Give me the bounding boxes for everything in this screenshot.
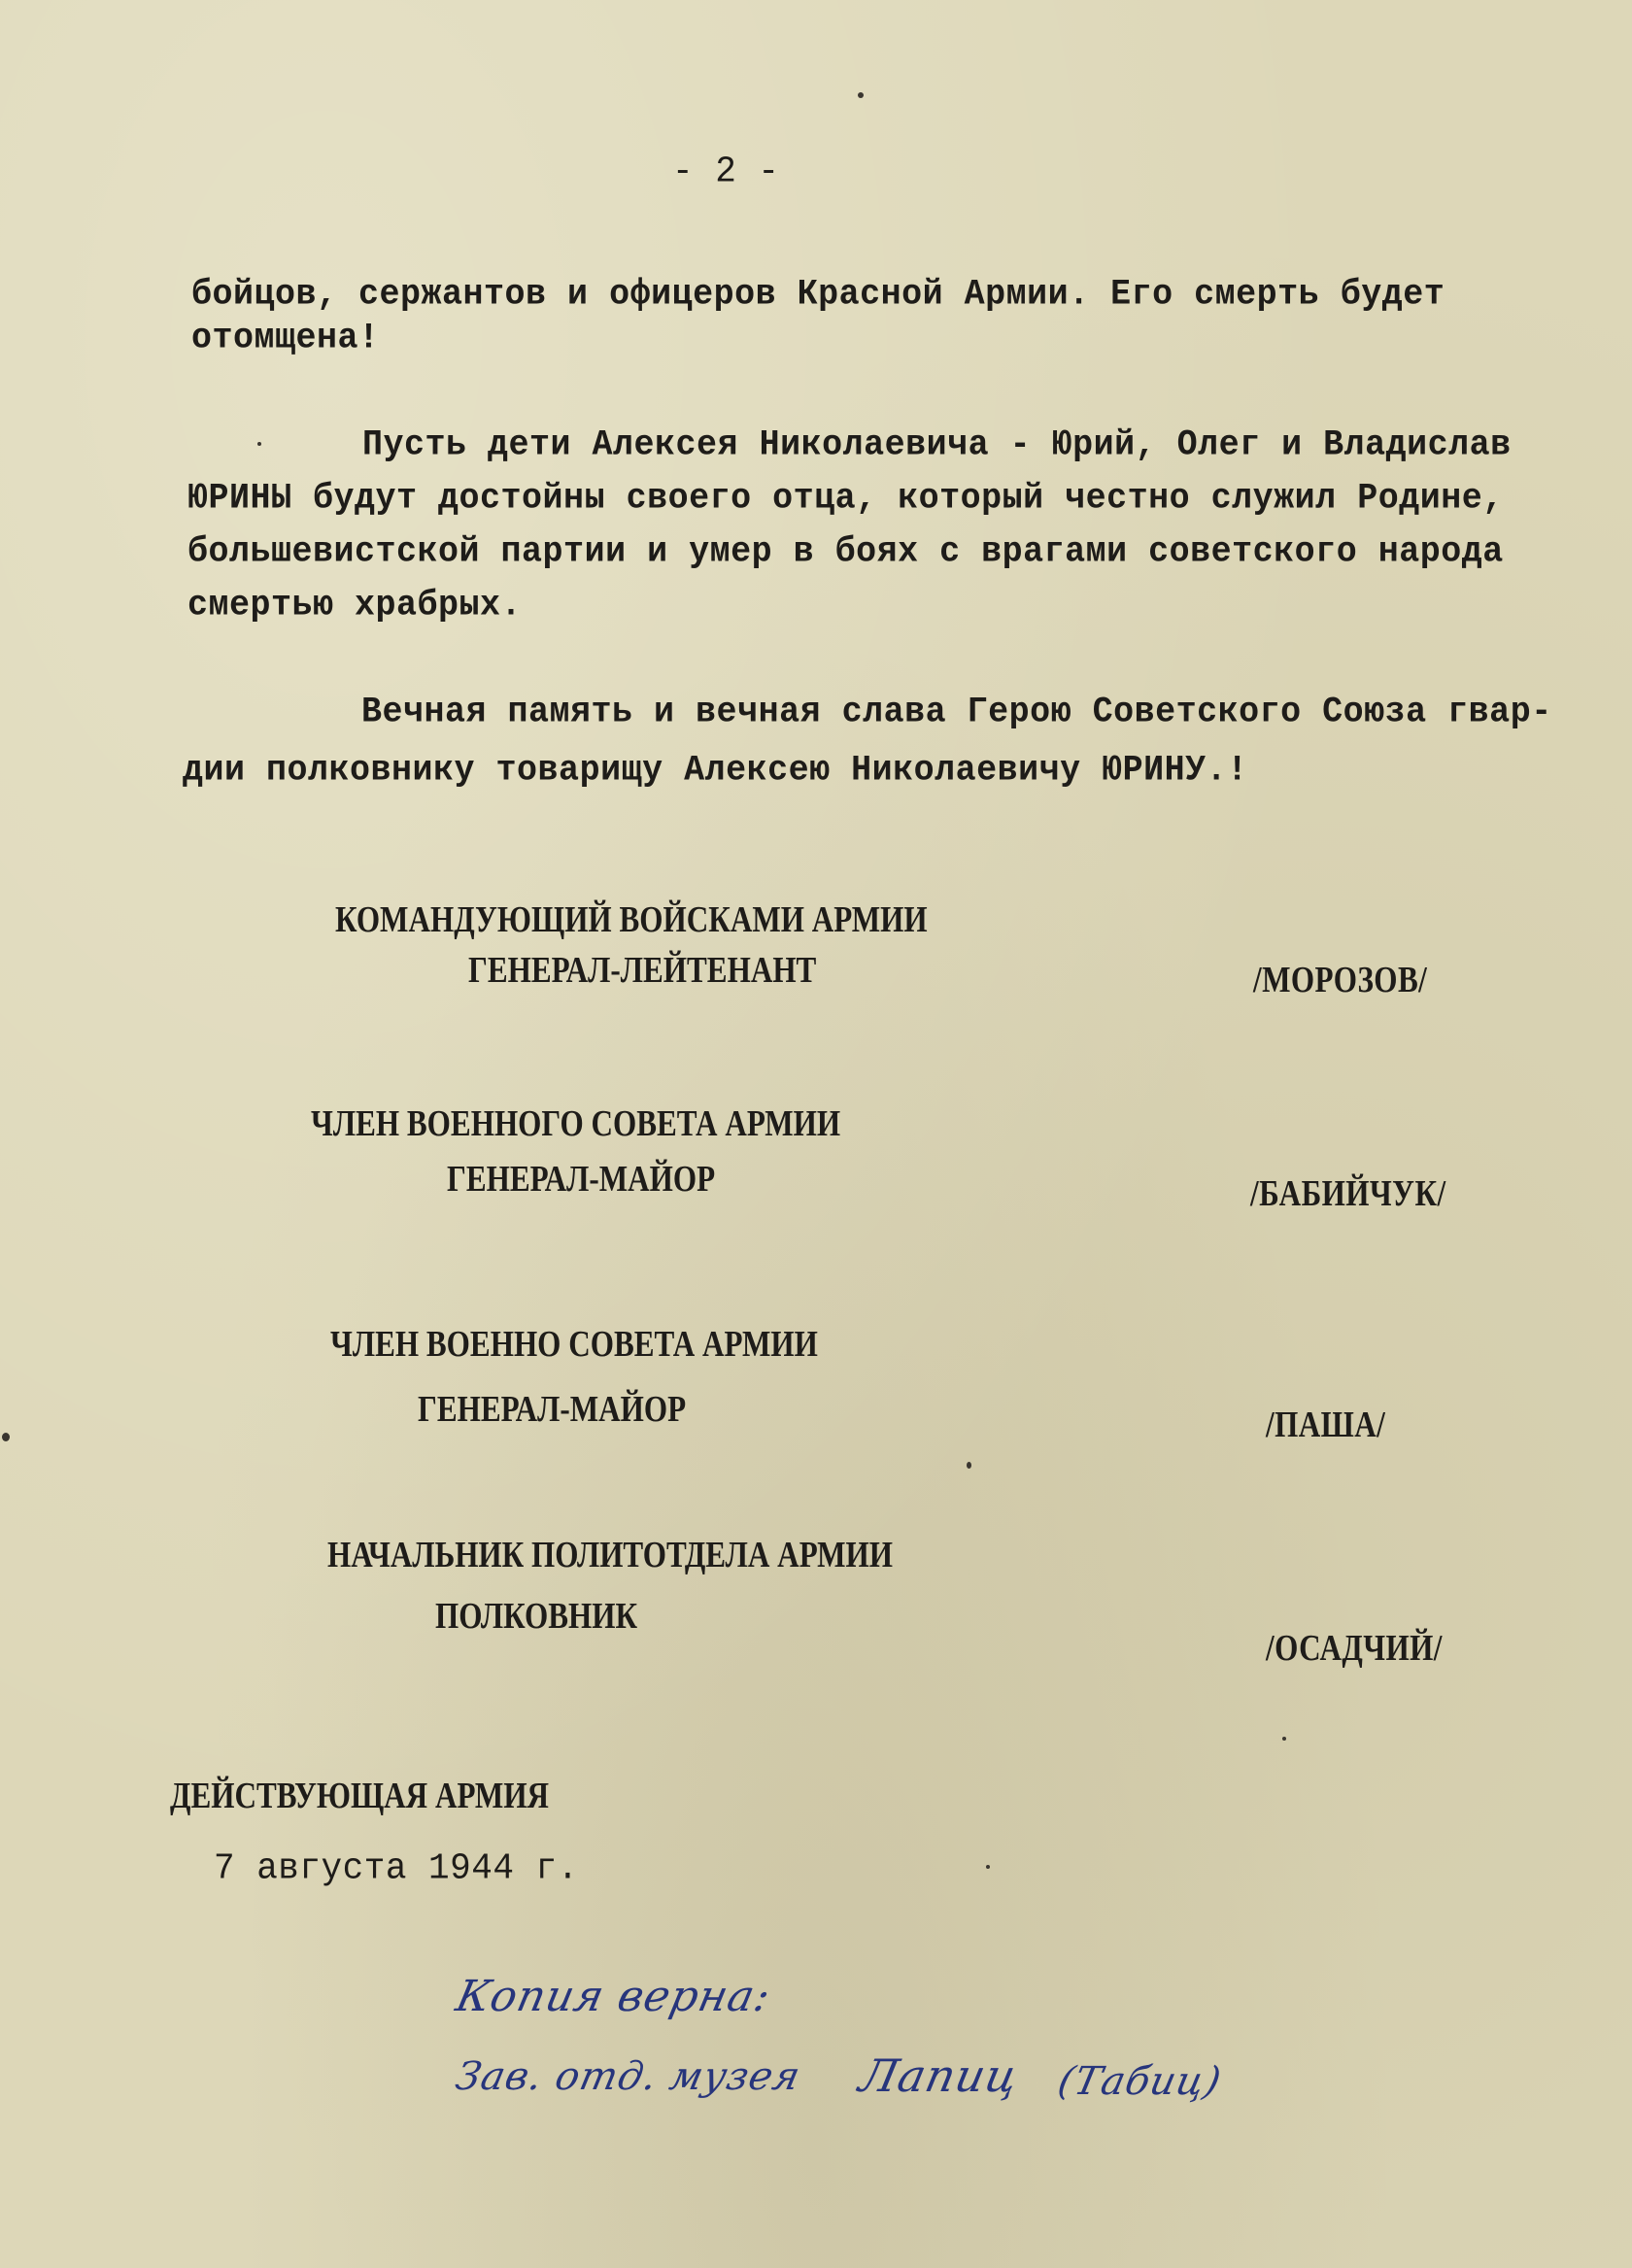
- handwritten-name: (Табиц): [1054, 2059, 1226, 2104]
- signatory-4-name: /ОСАДЧИЙ/: [1266, 1630, 1443, 1667]
- paragraph-1-line-2: отомщена!: [191, 321, 380, 356]
- paper-speck: [257, 442, 261, 446]
- signatory-1-title: КОМАНДУЮЩИЙ ВОЙСКАМИ АРМИИ: [335, 901, 928, 938]
- signatory-4-rank: ПОЛКОВНИК: [435, 1598, 637, 1635]
- paragraph-2-line-1: Пусть дети Алексея Николаевича - Юрий, О…: [362, 427, 1512, 463]
- paragraph-2-line-4: смертью храбрых.: [187, 588, 522, 624]
- signatory-3-rank: ГЕНЕРАЛ-МАЙОР: [418, 1391, 686, 1428]
- signatory-2-rank: ГЕНЕРАЛ-МАЙОР: [447, 1161, 715, 1198]
- paper-speck: [1282, 1737, 1286, 1741]
- paper-mark-left-edge: [2, 1433, 10, 1441]
- paragraph-3-line-2: дии полковнику товарищу Алексею Николаев…: [183, 753, 1248, 789]
- handwritten-signature: Лапиц: [855, 2049, 1024, 2102]
- paragraph-3-line-1: Вечная память и вечная слава Герою Совет…: [361, 694, 1552, 730]
- signatory-4-title: НАЧАЛЬНИК ПОЛИТОТДЕЛА АРМИИ: [327, 1537, 893, 1574]
- signatory-1-name: /МОРОЗОВ/: [1253, 962, 1427, 999]
- paper-speck: [986, 1865, 990, 1869]
- signatory-2-name: /БАБИЙЧУК/: [1250, 1175, 1446, 1212]
- signatory-3-title: ЧЛЕН ВОЕННО СОВЕТА АРМИИ: [330, 1326, 818, 1363]
- page-number: - 2 -: [672, 153, 780, 190]
- paper-speck: [858, 92, 864, 98]
- paragraph-1-line-1: бойцов, сержантов и офицеров Красной Арм…: [191, 277, 1445, 313]
- handwritten-copy-verified: Копия верна:: [452, 1972, 775, 2021]
- signatory-2-title: ЧЛЕН ВОЕННОГО СОВЕТА АРМИИ: [311, 1105, 840, 1142]
- signatory-3-name: /ПАША/: [1266, 1406, 1385, 1443]
- signatory-1-rank: ГЕНЕРАЛ-ЛЕЙТЕНАНТ: [468, 952, 816, 989]
- issue-date: 7 августа 1944 г.: [214, 1850, 579, 1887]
- handwritten-position: Зав. отд. музея: [452, 2054, 804, 2099]
- paper-speck: [967, 1462, 971, 1469]
- issuing-place: ДЕЙСТВУЮЩАЯ АРМИЯ: [170, 1777, 549, 1814]
- paragraph-2-line-3: большевистской партии и умер в боях с вр…: [187, 534, 1504, 570]
- paragraph-2-line-2: ЮРИНЫ будут достойны своего отца, которы…: [187, 481, 1504, 517]
